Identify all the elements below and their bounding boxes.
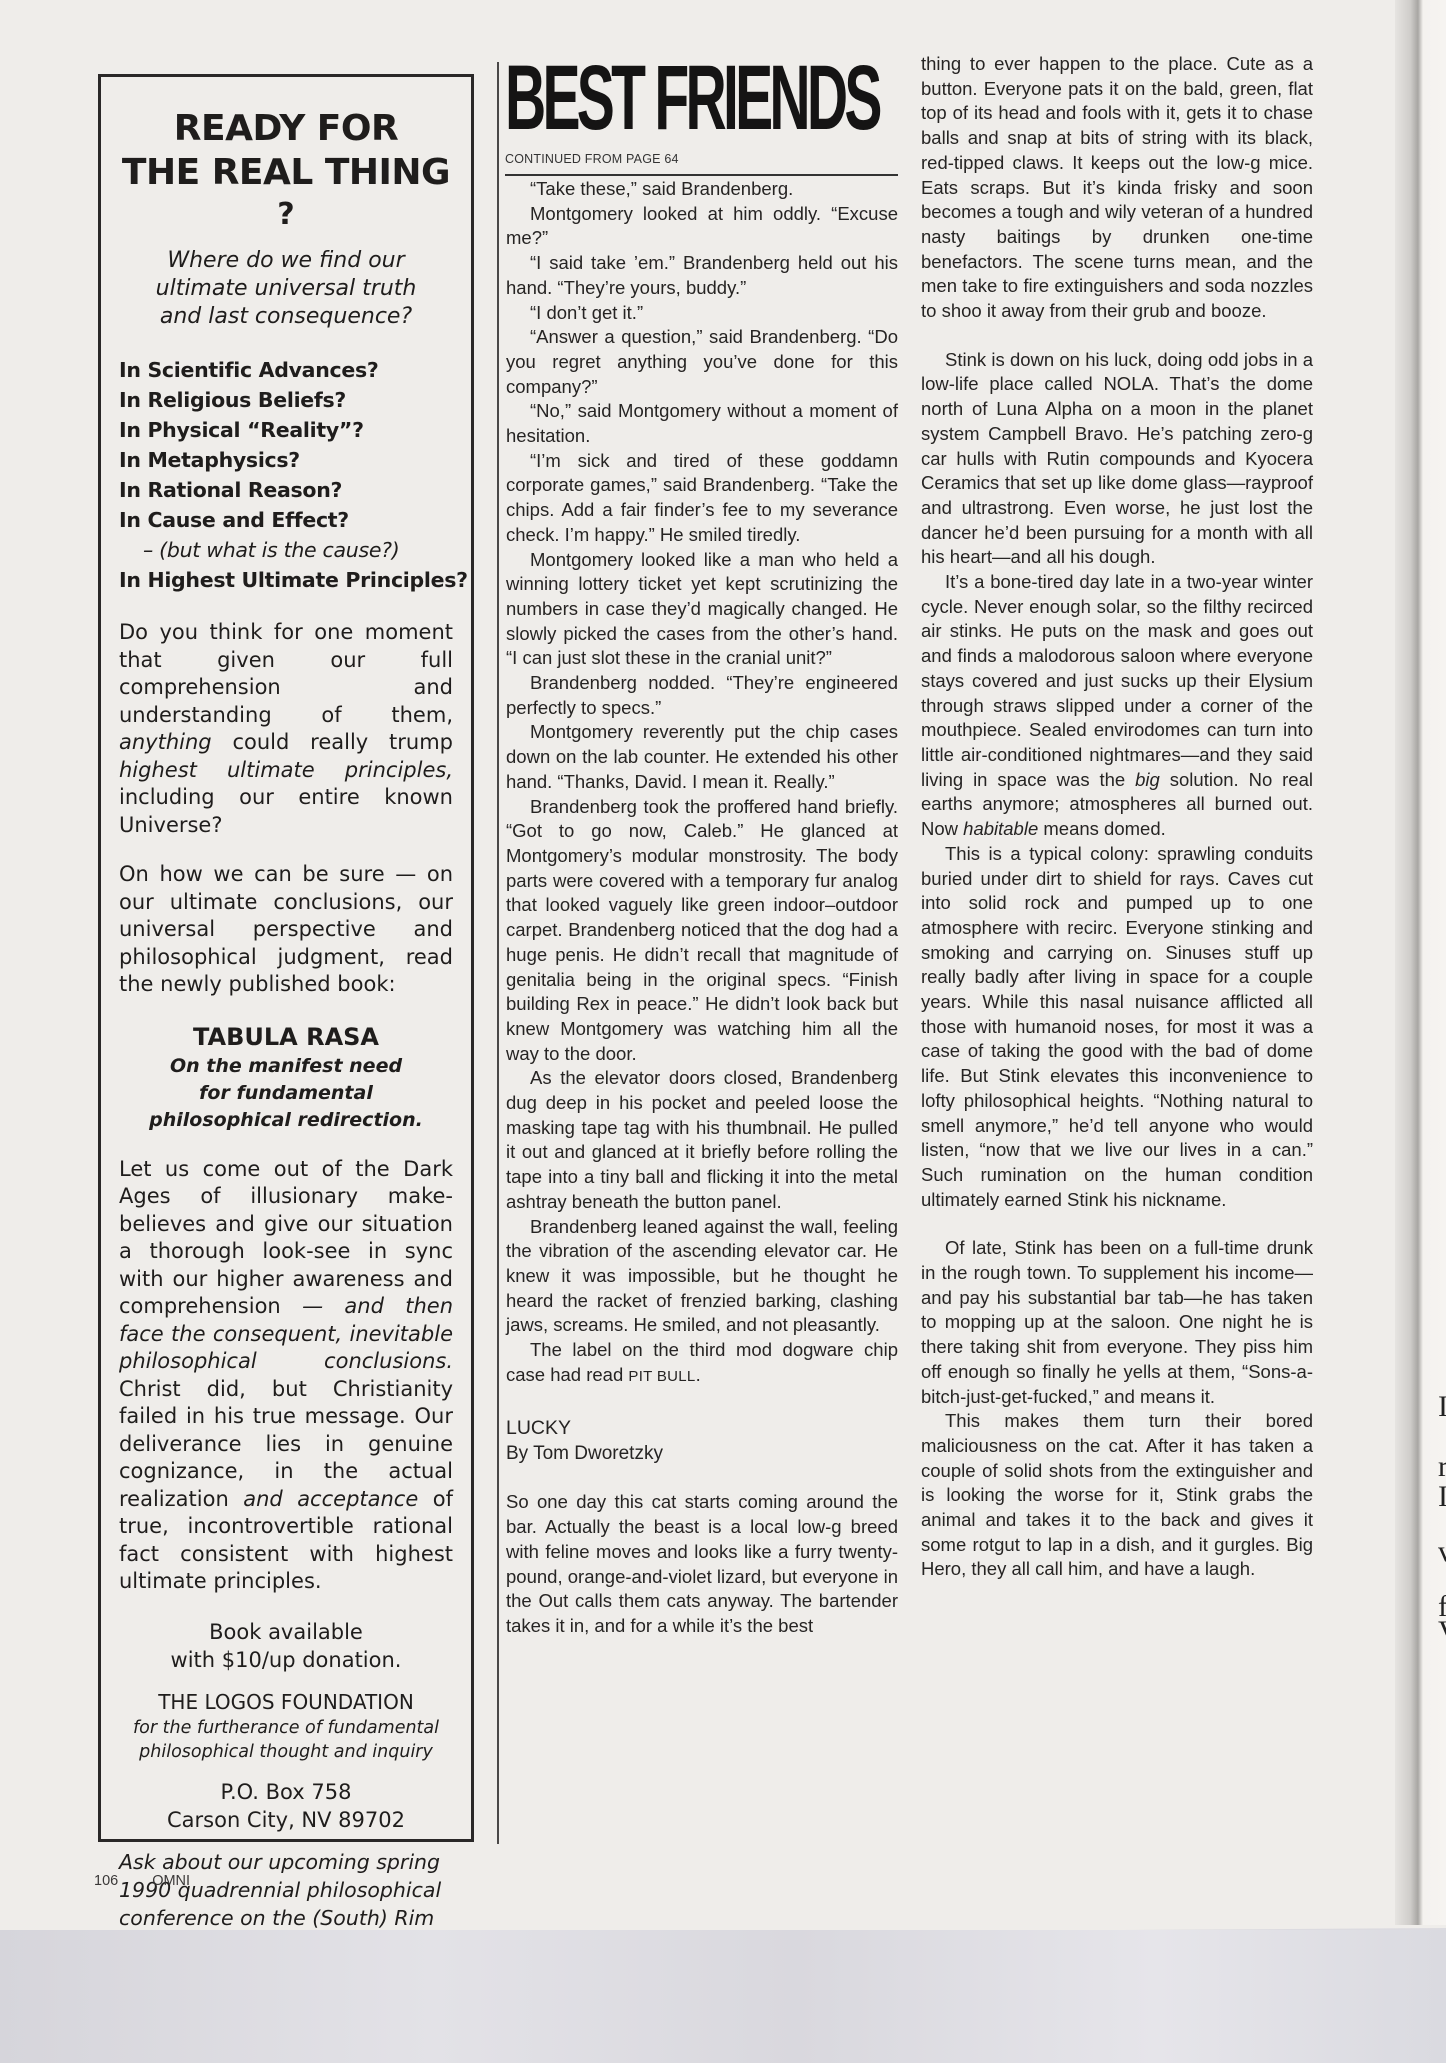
article-paragraph: “I’m sick and tired of these goddamn cor… (506, 449, 898, 548)
ad-question: In Scientific Advances? (119, 355, 453, 385)
ad-question-aside: – (but what is the cause?) (119, 535, 453, 565)
book-subtitle: On the manifest need for fundamental phi… (119, 1053, 453, 1134)
article-column-2: thing to ever happen to the place. Cute … (921, 52, 1313, 1582)
ad-address: P.O. Box 758 Carson City, NV 89702 (119, 1778, 453, 1834)
story-paragraph: This is a typical colony: sprawling cond… (921, 842, 1313, 1213)
article-paragraph: “No,” said Montgomery without a moment o… (506, 399, 898, 448)
story-byline: By Tom Dworetzky (506, 1441, 898, 1466)
article-column-1: “Take these,” said Brandenberg. Montgome… (506, 177, 898, 1639)
ad-organization-mission: for the furtherance of fundamental philo… (119, 1716, 453, 1764)
ad-paragraph: On how we can be sure — on our ultimate … (119, 861, 453, 999)
article-paragraph: Montgomery looked at him oddly. “Excuse … (506, 202, 898, 251)
scanner-background (0, 1930, 1446, 2063)
book-title: TABULA RASA (119, 1021, 453, 1053)
advertisement-box: READY FOR THE REAL THING ? Where do we f… (98, 74, 474, 1842)
magazine-name: OMNI (152, 1873, 190, 1889)
story-title: LUCKY (506, 1415, 898, 1441)
column-divider (497, 62, 499, 1844)
article-paragraph: As the elevator doors closed, Brandenber… (506, 1066, 898, 1214)
article-paragraph: Montgomery reverently put the chip cases… (506, 720, 898, 794)
ad-question: In Metaphysics? (119, 445, 453, 475)
ad-paragraph: Let us come out of the Dark Ages of illu… (119, 1156, 453, 1596)
story-paragraph: This makes them turn their bored malicio… (921, 1409, 1313, 1582)
ad-question-mark: ? (119, 195, 453, 235)
story-paragraph: So one day this cat starts coming around… (506, 1490, 898, 1638)
magazine-page: READY FOR THE REAL THING ? Where do we f… (0, 0, 1446, 1937)
article-paragraph: Montgomery looked like a man who held a … (506, 548, 898, 672)
ad-intro: Where do we find our ultimate universal … (119, 247, 453, 331)
article-final-paragraph: The label on the third mod dogware chip … (506, 1338, 898, 1389)
ad-question: In Highest Ultimate Principles? (119, 565, 453, 595)
article-paragraph: “Take these,” said Brandenberg. (506, 177, 898, 202)
ad-availability: Book available with $10/up donation. (119, 1618, 453, 1674)
article-paragraph: “I said take ’em.” Brandenberg held out … (506, 251, 898, 300)
ad-question-list: In Scientific Advances? In Religious Bel… (119, 355, 453, 595)
page-footer: 106OMNI (94, 1873, 190, 1889)
article-paragraph: “I don’t get it.” (506, 301, 898, 326)
article-headline: BEST FRIENDS (505, 48, 879, 148)
article-paragraph: Brandenberg leaned against the wall, fee… (506, 1215, 898, 1339)
ad-question: In Cause and Effect? (119, 505, 453, 535)
story-paragraph: Of late, Stink has been on a full-time d… (921, 1236, 1313, 1409)
ad-organization-name: THE LOGOS FOUNDATION (119, 1688, 453, 1716)
ad-question: In Religious Beliefs? (119, 385, 453, 415)
article-paragraph: “Answer a question,” said Brandenberg. “… (506, 325, 898, 399)
ad-question: In Rational Reason? (119, 475, 453, 505)
ad-book-title-block: TABULA RASA On the manifest need for fun… (119, 1021, 453, 1134)
story-paragraph: It’s a bone-tired day late in a two-year… (921, 570, 1313, 842)
article-paragraph: Brandenberg nodded. “They’re engineered … (506, 671, 898, 720)
ad-title: READY FOR THE REAL THING (119, 107, 453, 195)
page-number: 106 (94, 1873, 118, 1889)
headline-rule (505, 174, 898, 176)
story-paragraph: thing to ever happen to the place. Cute … (921, 52, 1313, 324)
article-paragraph: Brandenberg took the proffered hand brie… (506, 795, 898, 1067)
story-paragraph: Stink is down on his luck, doing odd job… (921, 348, 1313, 570)
ad-question: In Physical “Reality”? (119, 415, 453, 445)
continued-from-label: CONTINUED FROM PAGE 64 (505, 152, 679, 166)
ad-paragraph: Do you think for one moment that given o… (119, 619, 453, 839)
